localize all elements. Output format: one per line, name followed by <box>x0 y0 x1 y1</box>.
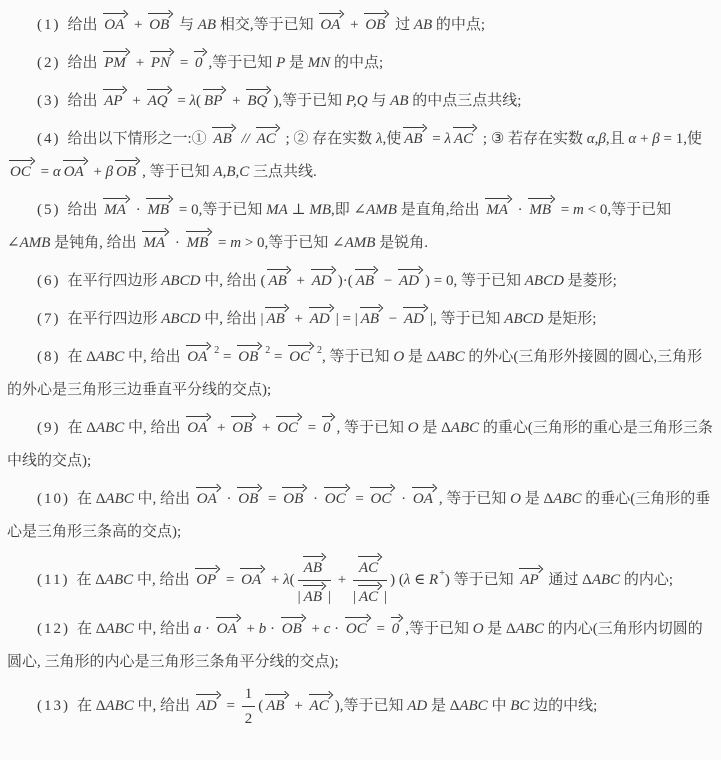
text-run: + <box>228 93 244 109</box>
text-run: , 等于已知 <box>322 349 393 365</box>
superscript: + <box>439 568 445 579</box>
text-run: 给出 <box>68 55 102 71</box>
text-run: − <box>380 273 396 289</box>
math-variable: ABCD <box>161 273 200 289</box>
fraction-numerator: AB <box>298 554 331 581</box>
vector-letters: OC <box>289 349 310 365</box>
text-run: 中, 给出 <box>124 420 184 436</box>
vector-letters: AP <box>520 572 538 588</box>
vector-term: AD <box>195 692 222 715</box>
text-run: = 0,等于已知 <box>175 202 266 218</box>
text-run: + <box>308 621 324 637</box>
math-variable: MA <box>266 202 288 218</box>
math-variable: ABC <box>105 621 133 637</box>
vector-letters: OP <box>196 572 216 588</box>
text-run: 在 Δ <box>76 572 104 588</box>
vector-letters: OA <box>104 17 124 33</box>
superscript: 2 <box>214 345 219 356</box>
statement-item: (11)在 ΔABC 中, 给出 OP = OA + λ(AB|AB| + AC… <box>7 554 713 608</box>
text-run: · <box>201 621 214 637</box>
vector-letters: AC <box>454 131 473 147</box>
vector-term: AB <box>402 125 427 148</box>
vector-term: OB <box>236 343 263 366</box>
math-variable: β <box>652 131 659 147</box>
vector-letters: AB <box>404 131 422 147</box>
text-run: = <box>223 698 239 714</box>
vector-letters: AP <box>104 93 122 109</box>
text-run: 中, 给出 <box>134 621 194 637</box>
text-run: 边的中线; <box>529 698 597 714</box>
vector-letters: AB <box>266 311 284 327</box>
text-run: ,等于已知 <box>209 55 277 71</box>
vector-letters: OB <box>365 17 385 33</box>
item-number: (1) <box>37 17 61 33</box>
text-run: = <box>352 491 368 507</box>
vector-term: BP <box>202 87 227 110</box>
fraction-denominator: |AC| <box>353 581 387 607</box>
vector-term: AB <box>264 305 289 328</box>
vector-letters: OA <box>413 491 433 507</box>
vector-term: AD <box>310 267 337 290</box>
vector-letters: OB <box>238 491 258 507</box>
text-run: + <box>129 93 145 109</box>
text-run: 过 <box>391 17 414 33</box>
math-variable: ABCD <box>504 311 543 327</box>
superscript: 2 <box>265 345 270 356</box>
vector-letters: OC <box>10 164 31 180</box>
text-run: + <box>243 621 259 637</box>
vector-letters: OB <box>116 164 136 180</box>
text-run: 给出 <box>68 93 102 109</box>
vector-term: OA <box>185 414 212 437</box>
vector-term: OB <box>236 485 263 508</box>
vector-term: OC <box>287 343 315 366</box>
vector-term: 0 <box>390 615 405 638</box>
item-number: (5) <box>37 202 61 218</box>
vector-letters: PN <box>151 55 170 71</box>
statement-item: (8)在 ΔABC 中, 给出 OA2 = OB2 = OC2, 等于已知 O … <box>7 341 713 407</box>
math-variable: ABC <box>105 698 133 714</box>
vector-letters: OA <box>187 349 207 365</box>
unit-vector-fraction: AB|AB| <box>298 554 331 608</box>
vector-term: AB <box>354 267 379 290</box>
text-run: 是 Δ <box>419 420 451 436</box>
vector-term: OA <box>102 11 129 34</box>
math-variable: // <box>238 131 254 147</box>
text-run: = <box>214 235 230 251</box>
text-run: ,等于已知 <box>405 621 473 637</box>
statement-item: (1)给出 OA + OB 与 AB 相交,等于已知 OA + OB 过 AB … <box>7 9 713 42</box>
text-run: 三点共线. <box>249 164 317 180</box>
text-run: 是 Δ <box>521 491 553 507</box>
text-run: = <box>222 572 238 588</box>
text-run: ) 等于已知 <box>445 572 518 588</box>
math-variable: AD <box>407 698 427 714</box>
text-run: = 1,使 <box>660 131 702 147</box>
item-number: (13) <box>37 698 70 714</box>
vector-letters: OC <box>277 420 298 436</box>
text-run: · <box>132 202 145 218</box>
math-variable: AB <box>198 17 216 33</box>
unit-vector-fraction: AC|AC| <box>353 554 387 608</box>
item-number: (3) <box>37 93 61 109</box>
vector-term: AQ <box>146 87 173 110</box>
text-run: + <box>132 55 148 71</box>
text-run: ( <box>196 93 201 109</box>
text-run: 相交,等于已知 <box>216 17 317 33</box>
vector-letters: OC <box>346 621 367 637</box>
text-run: = <box>219 349 235 365</box>
text-run: 在 Δ <box>77 491 105 507</box>
item-number: (2) <box>37 55 61 71</box>
text-run: + <box>334 572 350 588</box>
fraction-numerator: AC <box>353 554 387 581</box>
item-number: (10) <box>37 491 70 507</box>
statement-item: (5)给出 MA · MB = 0,等于已知 MA ⊥ MB,即 ∠AMB 是直… <box>7 194 713 260</box>
text-run: 是钝角, 给出 <box>50 235 140 251</box>
text-run: + <box>130 17 146 33</box>
vector-letters: BP <box>204 93 222 109</box>
text-run: 与 <box>175 17 198 33</box>
vector-letters: AD <box>312 273 332 289</box>
text-run: = <box>174 93 190 109</box>
text-run: + <box>291 698 307 714</box>
math-variable: ABC <box>451 420 479 436</box>
text-run: ,即 ∠ <box>331 202 366 218</box>
text-run: + <box>267 572 283 588</box>
vector-term: OA <box>239 566 266 589</box>
vector-letters: AB <box>268 273 286 289</box>
text-run: ( <box>290 572 295 588</box>
text-run: ,使 <box>382 131 401 147</box>
text-run: ; ③ 若存在实数 <box>479 131 587 147</box>
vector-term: BQ <box>245 87 272 110</box>
vector-term: MA <box>102 196 131 219</box>
math-variable: ABCD <box>525 273 564 289</box>
math-variable: BC <box>510 698 529 714</box>
vector-letters: AB <box>266 698 284 714</box>
text-run: 是 Δ <box>404 349 436 365</box>
item-number: (9) <box>37 420 61 436</box>
text-run: = <box>304 420 320 436</box>
vector-letters: AC <box>359 560 378 576</box>
text-run: + <box>346 17 362 33</box>
item-number: (6) <box>37 273 61 289</box>
fraction-denominator: |AB| <box>298 581 331 607</box>
text-run: ; ② 存在实数 <box>282 131 376 147</box>
text-run: · <box>397 491 410 507</box>
text-run: 中, 给出 <box>134 698 194 714</box>
math-variable: MB <box>309 202 331 218</box>
vector-term: AB <box>264 692 289 715</box>
text-run: = <box>264 491 280 507</box>
statement-list: (1)给出 OA + OB 与 AB 相交,等于已知 OA + OB 过 AB … <box>7 9 713 729</box>
text-run: 的中点; <box>432 17 485 33</box>
vector-letters: OC <box>325 491 346 507</box>
vector-term: OB <box>280 615 307 638</box>
text-run: + <box>213 420 229 436</box>
text-run: 在 Δ <box>68 349 96 365</box>
vector-term: OB <box>114 158 141 181</box>
vector-letters: OA <box>197 491 217 507</box>
vector-letters: AC <box>359 589 378 605</box>
text-run: , 等于已知 <box>142 164 213 180</box>
math-variable: R <box>429 572 438 588</box>
text-run: · <box>266 621 279 637</box>
item-number: (11) <box>37 572 69 588</box>
vector-term: OC <box>344 615 372 638</box>
math-variable: O <box>393 349 404 365</box>
vector-letters: OA <box>241 572 261 588</box>
text-run: + <box>293 273 309 289</box>
text-run: + <box>291 311 307 327</box>
vector-term: AC <box>357 583 383 606</box>
text-run: 是直角,给出 <box>397 202 483 218</box>
text-run: 中 <box>488 698 511 714</box>
text-run: ∈ <box>410 572 429 588</box>
vector-term: OB <box>147 11 174 34</box>
vector-term: OA <box>411 485 438 508</box>
vector-term: OC <box>369 485 397 508</box>
vector-term: OC <box>323 485 351 508</box>
math-variable: β <box>106 164 113 180</box>
document-page: (1)给出 OA + OB 与 AB 相交,等于已知 OA + OB 过 AB … <box>0 0 721 760</box>
vector-term: MB <box>185 229 214 252</box>
vector-letters: MB <box>529 202 551 218</box>
text-run: + <box>258 420 274 436</box>
statement-item: (6)在平行四边形 ABCD 中, 给出 (AB + AD)·(AB − AD)… <box>7 265 713 298</box>
text-run: 给出以下情形之一:① <box>68 131 211 147</box>
math-variable: A,B,C <box>213 164 249 180</box>
text-run: 给出 <box>68 202 102 218</box>
item-number: (4) <box>37 131 61 147</box>
math-variable: ABCD <box>161 311 200 327</box>
vector-term: OC <box>8 158 36 181</box>
vector-letters: OA <box>187 420 207 436</box>
text-run: · <box>309 491 322 507</box>
vector-term: OB <box>363 11 390 34</box>
text-run: − <box>385 311 401 327</box>
vector-letters: AB <box>304 589 322 605</box>
vector-letters: MA <box>143 235 165 251</box>
math-variable: P,Q <box>346 93 368 109</box>
text-run: ,且 <box>606 131 629 147</box>
text-run: , 等于已知 <box>439 491 510 507</box>
vector-term: AB <box>211 125 236 148</box>
text-run: 是 Δ <box>427 698 459 714</box>
vector-term: AD <box>397 267 424 290</box>
vector-letters: AB <box>304 560 322 576</box>
text-run: )·( <box>338 273 353 289</box>
statement-item: (13)在 ΔABC 中, 给出 AD = 12(AB + AC),等于已知 A… <box>7 684 713 730</box>
item-number: (8) <box>37 349 61 365</box>
math-variable: AB <box>414 17 432 33</box>
text-run: ),等于已知 <box>335 698 408 714</box>
fraction-numerator: 1 <box>242 684 256 707</box>
text-run: 是 <box>285 55 308 71</box>
math-variable: AB <box>390 93 408 109</box>
math-variable: ABC <box>96 420 124 436</box>
vector-term: AB <box>302 554 327 577</box>
text-run: 中, 给出 | <box>200 311 263 327</box>
vector-term: OC <box>275 414 303 437</box>
item-number: (7) <box>37 311 61 327</box>
vector-term: AD <box>308 305 335 328</box>
math-variable: O <box>473 621 484 637</box>
text-run: 是锐角. <box>375 235 428 251</box>
text-run: 是 Δ <box>484 621 516 637</box>
math-variable: P <box>276 55 285 71</box>
fraction-denominator: 2 <box>245 707 253 729</box>
vector-letters: BQ <box>247 93 267 109</box>
vector-term: AD <box>402 305 429 328</box>
math-variable: ABC <box>105 572 133 588</box>
vector-letters: 0 <box>195 55 203 71</box>
math-variable: ABC <box>592 572 620 588</box>
vector-letters: MA <box>104 202 126 218</box>
text-run: 是菱形; <box>564 273 617 289</box>
vector-letters: MB <box>147 202 169 218</box>
vector-term: AC <box>308 692 334 715</box>
text-run: , 等于已知 <box>337 420 408 436</box>
vector-letters: OB <box>149 17 169 33</box>
vector-term: OA <box>62 158 89 181</box>
vector-term: AP <box>518 566 543 589</box>
text-run: = <box>176 55 192 71</box>
math-variable: O <box>408 420 419 436</box>
vector-term: AC <box>357 554 383 577</box>
text-run: · <box>330 621 343 637</box>
vector-letters: OA <box>320 17 340 33</box>
text-run: ( <box>258 698 263 714</box>
math-variable: α <box>53 164 61 180</box>
vector-term: OP <box>194 566 221 589</box>
vector-term: OA <box>318 11 345 34</box>
vector-letters: AB <box>356 273 374 289</box>
math-variable: ABC <box>516 621 544 637</box>
vector-term: AP <box>102 87 127 110</box>
statement-item: (12)在 ΔABC 中, 给出 a · OA + b · OB + c · O… <box>7 613 713 679</box>
item-number: (12) <box>37 621 70 637</box>
vector-letters: OB <box>283 491 303 507</box>
text-run: + <box>90 164 106 180</box>
vector-letters: OA <box>64 164 84 180</box>
text-run: 通过 Δ <box>545 572 592 588</box>
vector-term: MA <box>141 229 170 252</box>
math-variable: λ <box>445 131 452 147</box>
vector-letters: 0 <box>392 621 400 637</box>
text-run: = <box>557 202 573 218</box>
math-variable: AMB <box>20 235 51 251</box>
text-run: ⊥ <box>288 202 310 218</box>
vector-term: OB <box>230 414 257 437</box>
text-run: 中, 给出 <box>133 572 193 588</box>
statement-item: (9)在 ΔABC 中, 给出 OA + OB + OC = 0, 等于已知 O… <box>7 412 713 478</box>
math-variable: MN <box>308 55 331 71</box>
text-run: · <box>514 202 527 218</box>
vector-letters: AD <box>310 311 330 327</box>
text-run: 在 Δ <box>77 698 105 714</box>
vector-term: AB <box>359 305 384 328</box>
vector-letters: 0 <box>323 420 331 436</box>
vector-term: OA <box>185 343 212 366</box>
text-run: 中, 给出 ( <box>200 273 265 289</box>
text-run: 与 <box>368 93 391 109</box>
text-run: 在 Δ <box>77 621 105 637</box>
statement-item: (7)在平行四边形 ABCD 中, 给出 |AB + AD| = |AB − A… <box>7 303 713 336</box>
vector-letters: AC <box>257 131 276 147</box>
text-run: = <box>373 621 389 637</box>
vector-term: MA <box>484 196 513 219</box>
vector-letters: OA <box>217 621 237 637</box>
vector-term: PM <box>102 49 131 72</box>
text-run: 的内心; <box>620 572 673 588</box>
statement-item: (3)给出 AP + AQ = λ(BP + BQ),等于已知 P,Q 与 AB… <box>7 85 713 118</box>
vector-letters: AQ <box>148 93 168 109</box>
vector-term: AC <box>452 125 478 148</box>
vector-letters: OB <box>282 621 302 637</box>
statement-item: (2)给出 PM + PN = 0,等于已知 P 是 MN 的中点; <box>7 47 713 80</box>
text-run: = <box>37 164 53 180</box>
math-variable: AMB <box>345 235 376 251</box>
text-run: 是矩形; <box>543 311 596 327</box>
text-run: 中, 给出 <box>134 491 194 507</box>
vector-letters: AC <box>310 698 329 714</box>
vector-letters: OC <box>371 491 392 507</box>
vector-letters: MB <box>187 235 209 251</box>
vector-letters: PM <box>104 55 126 71</box>
vector-term: MB <box>145 196 174 219</box>
vector-letters: OB <box>238 349 258 365</box>
vector-letters: AD <box>197 698 217 714</box>
text-run: 的中点; <box>330 55 383 71</box>
vector-term: OB <box>281 485 308 508</box>
vector-letters: OB <box>232 420 252 436</box>
text-run: 中, 给出 <box>124 349 184 365</box>
numeric-fraction: 12 <box>242 684 256 730</box>
math-variable: α,β <box>587 131 606 147</box>
math-variable: m <box>230 235 241 251</box>
vector-term: OA <box>215 615 242 638</box>
math-variable: O <box>510 491 521 507</box>
vector-term: 0 <box>321 414 336 437</box>
math-variable: ABC <box>459 698 487 714</box>
math-variable: ABC <box>96 349 124 365</box>
vector-term: OA <box>195 485 222 508</box>
vector-term: MB <box>527 196 556 219</box>
text-run: 在平行四边形 <box>68 273 162 289</box>
vector-letters: MA <box>486 202 508 218</box>
statement-item: (10)在 ΔABC 中, 给出 OA · OB = OB · OC = OC … <box>7 483 713 549</box>
text-run: ) = 0, 等于已知 <box>425 273 525 289</box>
text-run: > 0,等于已知 ∠ <box>241 235 345 251</box>
text-run: 给出 <box>68 17 102 33</box>
superscript: 2 <box>317 345 322 356</box>
vector-term: AB <box>302 583 327 606</box>
text-run: 的中点三点共线; <box>408 93 521 109</box>
vector-term: PN <box>149 49 175 72</box>
vector-term: AC <box>255 125 281 148</box>
math-variable: ABC <box>436 349 464 365</box>
text-run: | = | <box>336 311 358 327</box>
math-variable: ABC <box>553 491 581 507</box>
text-run: 在平行四边形 <box>68 311 162 327</box>
text-run: · <box>171 235 184 251</box>
vector-term: AB <box>266 267 291 290</box>
math-variable: ABC <box>105 491 133 507</box>
text-run: = <box>429 131 445 147</box>
text-run: + <box>636 131 652 147</box>
